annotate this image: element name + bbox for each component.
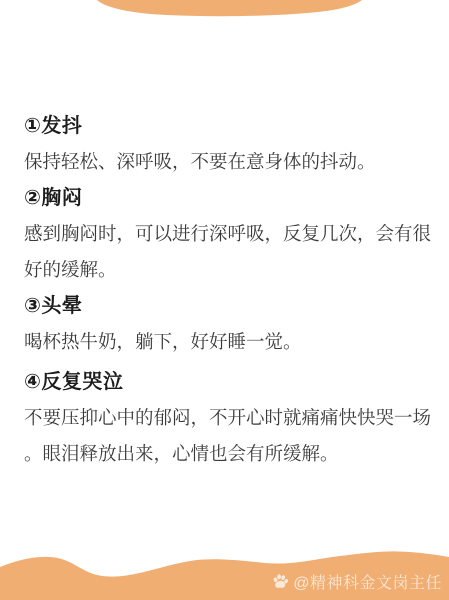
symptom-heading: ②胸闷: [24, 180, 433, 216]
symptom-section-chest-tightness: ②胸闷 感到胸闷时，可以进行深呼吸，反复几次，会有很 好的缓解。: [24, 180, 433, 288]
bottom-wave-decoration: [0, 540, 449, 600]
health-advice-card: ①发抖 保持轻松、深呼吸，不要在意身体的抖动。 ②胸闷 感到胸闷时，可以进行深呼…: [0, 0, 449, 600]
advice-line: 喝杯热牛奶，躺下，好好睡一觉。: [24, 324, 433, 360]
symptom-heading: ①发抖: [24, 108, 433, 144]
symptom-heading: ④反复哭泣: [24, 364, 433, 400]
symptom-heading: ③头晕: [24, 288, 433, 324]
advice-list: ①发抖 保持轻松、深呼吸，不要在意身体的抖动。 ②胸闷 感到胸闷时，可以进行深呼…: [24, 108, 433, 472]
advice-line: 。眼泪释放出来，心情也会有所缓解。: [24, 436, 433, 472]
advice-line: 好的缓解。: [24, 252, 433, 288]
symptom-section-dizziness: ③头晕 喝杯热牛奶，躺下，好好睡一觉。: [24, 288, 433, 360]
symptom-section-shaking: ①发抖 保持轻松、深呼吸，不要在意身体的抖动。: [24, 108, 433, 180]
symptom-section-crying: ④反复哭泣 不要压抑心中的郁闷，不开心时就痛痛快快哭一场 。眼泪释放出来，心情也…: [24, 364, 433, 472]
advice-line: 保持轻松、深呼吸，不要在意身体的抖动。: [24, 144, 433, 180]
advice-line: 不要压抑心中的郁闷，不开心时就痛痛快快哭一场: [24, 400, 433, 436]
advice-line: 感到胸闷时，可以进行深呼吸，反复几次，会有很: [24, 216, 433, 252]
top-wave-decoration: [0, 0, 449, 22]
